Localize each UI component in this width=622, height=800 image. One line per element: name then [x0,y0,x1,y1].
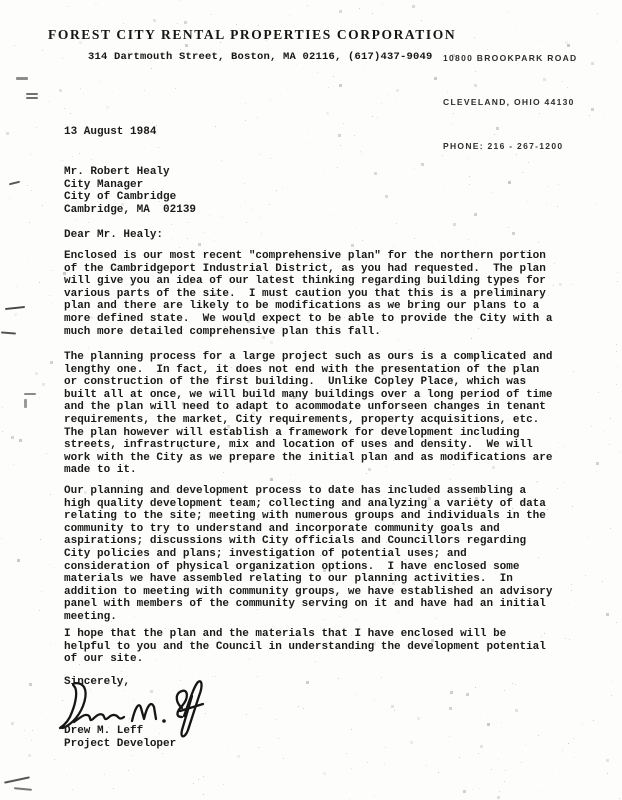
scan-artifact-mark [26,97,38,99]
scan-artifact-mark [14,787,32,790]
signer-name: Drew M. Leff [64,725,143,738]
scan-artifact-mark [24,393,36,395]
scan-artifact-mark [24,399,27,408]
paragraph-2: The planning process for a large project… [64,351,552,477]
scan-artifact-mark [9,181,20,185]
letter-date: 13 August 1984 [64,126,156,139]
signer-title: Project Developer [64,738,176,751]
branch-address-line2: CLEVELAND, OHIO 44130 [443,95,577,110]
branch-phone: PHONE: 216 - 267-1200 [443,139,577,154]
closing: Sincerely, [64,676,130,689]
scan-artifact-mark [16,77,28,80]
scan-artifact-mark [4,776,30,783]
paragraph-1: Enclosed is our most recent "comprehensi… [64,250,552,338]
paragraph-3: Our planning and development process to … [64,485,552,624]
salutation: Dear Mr. Healy: [64,229,163,242]
branch-address-line1: 10800 BROOKPARK ROAD [443,51,577,66]
paragraph-4: I hope that the plan and the materials t… [64,628,546,666]
scan-artifact-mark [5,306,25,310]
scan-noise [0,0,1,1]
branch-office-block: 10800 BROOKPARK ROAD CLEVELAND, OHIO 441… [443,22,577,183]
scan-artifact-mark [26,93,38,95]
company-name: FOREST CITY RENTAL PROPERTIES CORPORATIO… [48,27,456,43]
scanned-letter-page: FOREST CITY RENTAL PROPERTIES CORPORATIO… [0,0,622,800]
company-address: 314 Dartmouth Street, Boston, MA 02116, … [88,51,433,63]
recipient-address: Mr. Robert Healy City Manager City of Ca… [64,166,196,216]
scan-artifact-mark [1,331,16,334]
